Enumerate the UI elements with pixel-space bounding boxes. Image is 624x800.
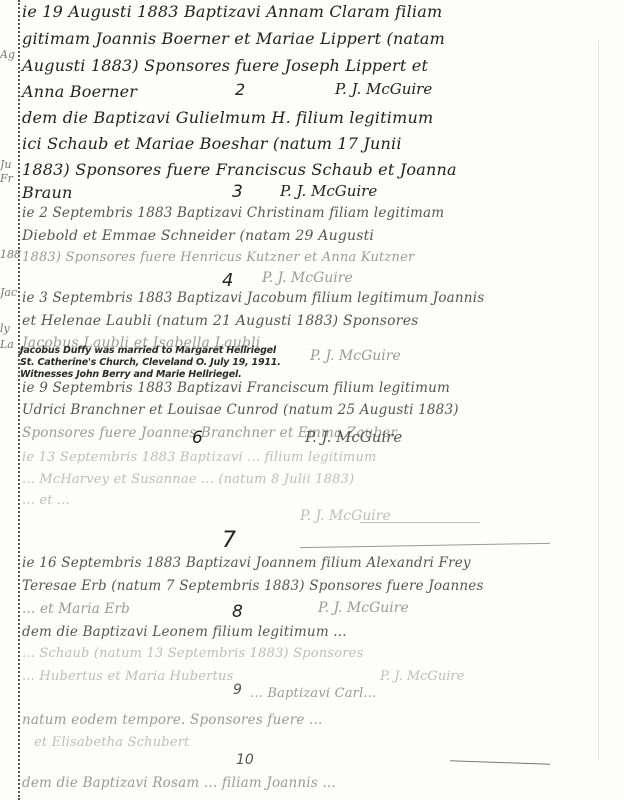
entry-10-number: 10 — [236, 752, 254, 768]
scanned-register-page: Ag Ju Fr 188 Jac ly La ie 19 Augusti 188… — [0, 0, 624, 800]
entry-1-line-3: Augusti 1883) Sponsores fuere Joseph Lip… — [22, 56, 428, 75]
entry-8-line-3: ... Hubertus et Maria Hubertus — [22, 669, 233, 684]
entry-4-signature: P. J. McGuire — [310, 348, 401, 364]
entry-7-line-1: ie 16 Septembris 1883 Baptizavi Joannem … — [22, 555, 471, 571]
entry-6-line-1: ie 13 Septembris 1883 Baptizavi ... fili… — [22, 450, 377, 465]
margin-note: ly — [0, 322, 10, 335]
entry-9-line-3: et Elisabetha Schubert — [34, 735, 190, 750]
entry-6-line-3: ... et ... — [22, 493, 70, 508]
entry-separator-stroke — [300, 543, 550, 548]
margin-note: Jac — [0, 286, 17, 299]
entry-1-line-1: ie 19 Augusti 1883 Baptizavi Annam Clara… — [22, 2, 442, 21]
scan-edge-speckle — [598, 40, 599, 760]
left-margin-rule — [18, 0, 20, 800]
entry-8-number: 8 — [232, 602, 243, 622]
entry-9-number: 9 — [233, 682, 242, 698]
entry-2-line-3: 1883) Sponsores fuere Franciscus Schaub … — [22, 160, 457, 179]
entry-5-line-2: Udrici Branchner et Louisae Cunrod (natu… — [22, 402, 459, 418]
margin-note: Ju — [0, 158, 12, 171]
entry-3-number: 3 — [232, 182, 243, 202]
entry-8-line-2: ... Schaub (natum 13 Septembris 1883) Sp… — [22, 646, 363, 661]
entry-3-line-3: 1883) Sponsores fuere Henricus Kutzner e… — [22, 250, 414, 265]
entry-1-signature: P. J. McGuire — [335, 80, 432, 98]
margin-note: 188 — [0, 248, 21, 261]
margin-note: Fr — [0, 172, 13, 185]
margin-note: Ag — [0, 48, 15, 61]
entry-8-line-1: dem die Baptizavi Leonem filium legitimu… — [22, 624, 347, 640]
entry-7-number: 7 — [222, 528, 236, 553]
entry-4-number: 4 — [222, 270, 233, 291]
entry-10-line-1: dem die Baptizavi Rosam ... filiam Joann… — [22, 775, 336, 791]
entry-separator-stroke — [450, 760, 550, 764]
entry-2-signature: P. J. McGuire — [280, 182, 377, 200]
entry-4-line-1: ie 3 Septembris 1883 Baptizavi Jacobum f… — [22, 290, 484, 306]
entry-7-line-3: ... et Maria Erb — [22, 601, 130, 617]
entry-4-line-2: et Helenae Laubli (natum 21 Augusti 1883… — [22, 313, 419, 329]
entry-2-number: 2 — [235, 80, 245, 99]
entry-2-line-2: ici Schaub et Mariae Boeshar (natum 17 J… — [22, 134, 402, 153]
entry-3-line-2: Diebold et Emmae Schneider (natam 29 Aug… — [22, 228, 374, 244]
entry-5-line-1: ie 9 Septembris 1883 Baptizavi Franciscu… — [22, 380, 450, 396]
entry-6-line-2: ... McHarvey et Susannae ... (natum 8 Ju… — [22, 472, 354, 487]
entry-1-line-2: gitimam Joannis Boerner et Mariae Lipper… — [22, 29, 445, 48]
entry-2-line-1: dem die Baptizavi Gulielmum H. filium le… — [22, 108, 433, 127]
marriage-annotation-line-2: St. Catherine's Church, Cleveland O. Jul… — [20, 357, 281, 368]
entry-7-line-2: Teresae Erb (natum 7 Septembris 1883) Sp… — [22, 578, 484, 594]
signature-flourish — [360, 522, 480, 523]
entry-8-signature: P. J. McGuire — [380, 669, 464, 684]
entry-6-number: 6 — [192, 428, 203, 448]
entry-9-line-1: ... Baptizavi Carl... — [250, 686, 376, 701]
entry-3-line-1: ie 2 Septembris 1883 Baptizavi Christina… — [22, 205, 444, 221]
margin-note: La — [0, 338, 14, 351]
entry-5-signature: P. J. McGuire — [305, 428, 402, 446]
marriage-annotation-line-3: Witnesses John Berry and Marie Hellriege… — [20, 369, 241, 380]
entry-3-signature: P. J. McGuire — [262, 270, 353, 286]
entry-7-signature: P. J. McGuire — [318, 600, 409, 616]
marriage-annotation-line-1: Jacobus Duffy was married to Margaret He… — [20, 345, 276, 356]
entry-9-line-2: natum eodem tempore. Sponsores fuere ... — [22, 712, 323, 728]
entry-2-line-4: Braun — [22, 183, 73, 202]
entry-1-line-4: Anna Boerner — [22, 82, 137, 101]
